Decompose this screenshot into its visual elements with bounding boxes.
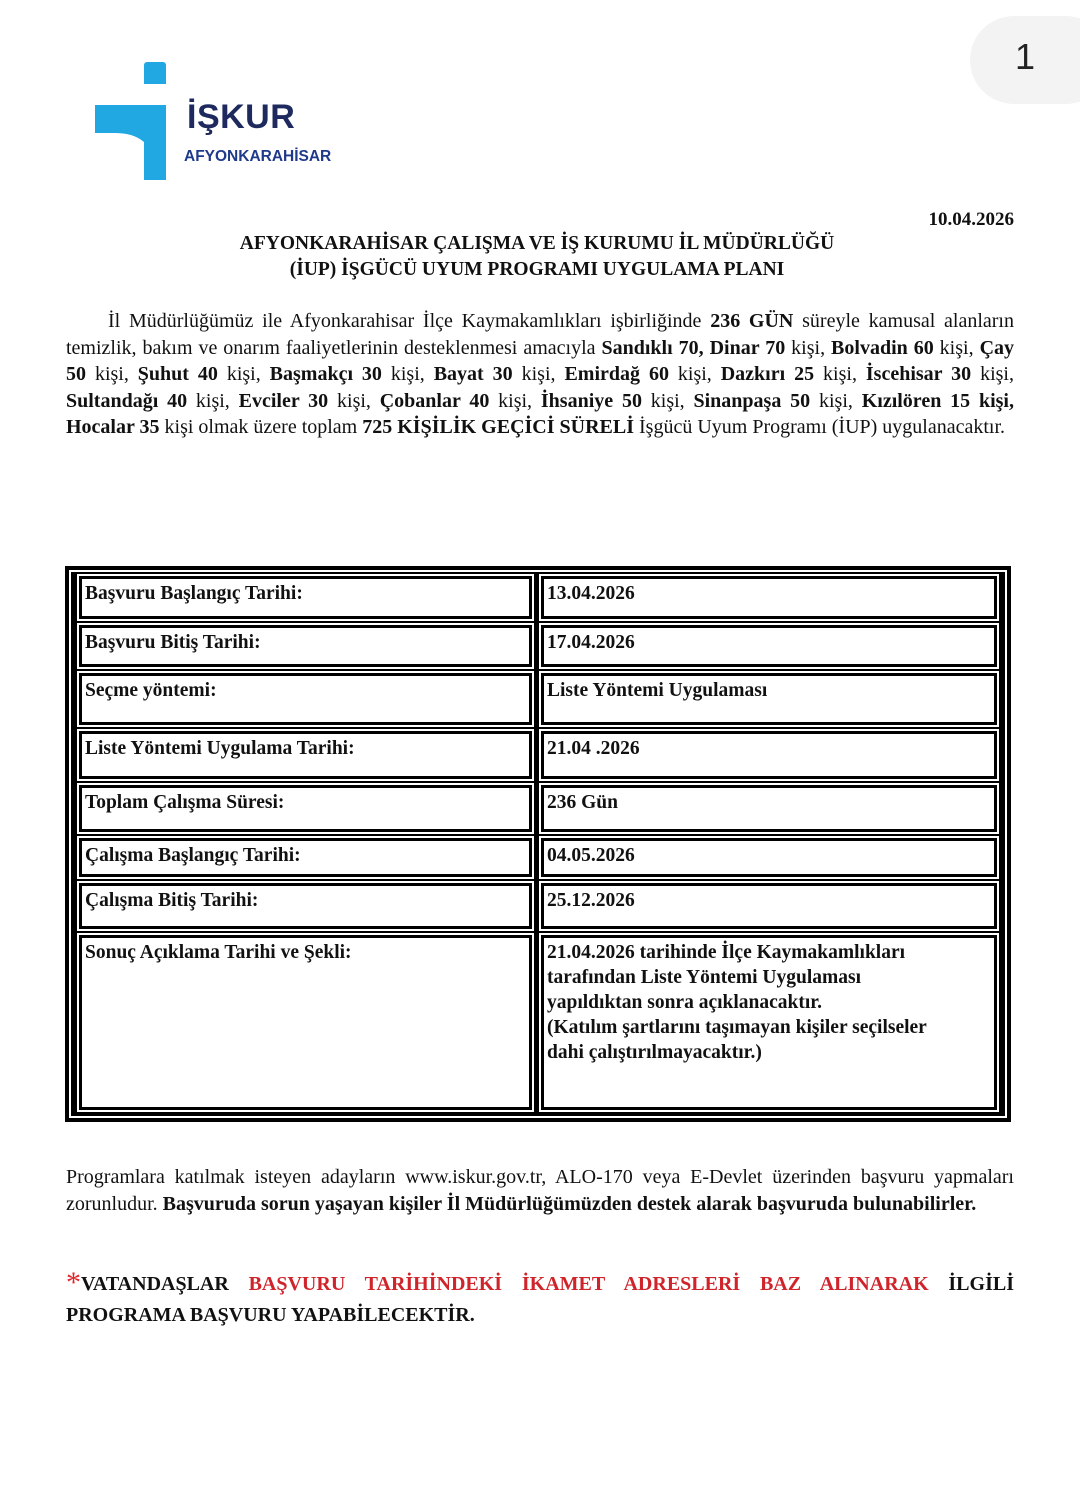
application-info-paragraph: Programlara katılmak isteyen adayların w… (66, 1164, 1014, 1218)
table-row-value: 13.04.2026 (541, 576, 997, 619)
table-row-value: 25.12.2026 (541, 883, 997, 929)
notice-text-highlight: BAŞVURU TARİHİNDEKİ İKAMET ADRESLERİ BAZ… (249, 1273, 929, 1295)
intro-run: kişi, (642, 390, 694, 412)
logo-city: AFYONKARAHİSAR (184, 148, 331, 166)
document-title-line2: (İUP) İŞGÜCÜ UYUM PROGRAMI UYGULAMA PLAN… (0, 259, 1077, 281)
intro-run: İscehisar 30 (866, 363, 971, 385)
intro-run: Emirdağ 60 (564, 363, 669, 385)
intro-run: İhsaniye 50 (541, 390, 642, 412)
logo-brand: İŞKUR (187, 98, 295, 137)
table-row-label: Çalışma Başlangıç Tarihi: (79, 838, 532, 877)
intro-run: kişi olmak üzere toplam (160, 416, 363, 438)
intro-run: kişi, (971, 363, 1014, 385)
table-row-label: Başvuru Bitiş Tarihi: (79, 625, 532, 667)
table-row-value: 21.04.2026 tarihinde İlçe Kaymakamlıklar… (541, 935, 997, 1110)
table-row-value: 17.04.2026 (541, 625, 997, 667)
intro-run: kişi, (489, 390, 541, 412)
table-row-label: Çalışma Bitiş Tarihi: (79, 883, 532, 929)
intro-run: Sultandağı 40 (66, 390, 187, 412)
page-number: 1 (1015, 36, 1035, 78)
intro-run: kişi, (814, 363, 866, 385)
table-row-value: 04.05.2026 (541, 838, 997, 877)
intro-run: İşgücü Uyum Programı (İUP) uygulanacaktı… (634, 416, 1005, 438)
document-title-line1: AFYONKARAHİSAR ÇALIŞMA VE İŞ KURUMU İL M… (0, 233, 1077, 255)
application-support-text: Başvuruda sorun yaşayan kişiler İl Müdür… (163, 1193, 977, 1215)
intro-run: Evciler 30 (239, 390, 329, 412)
intro-run: kişi, (513, 363, 565, 385)
residence-notice: *VATANDAŞLAR BAŞVURU TARİHİNDEKİ İKAMET … (66, 1265, 1014, 1331)
intro-run: İl Müdürlüğümüz ile Afyonkarahisar İlçe … (108, 310, 710, 332)
logo-mark-icon (95, 105, 166, 180)
table-row-value: 236 Gün (541, 785, 997, 832)
intro-run: Bayat 30 (434, 363, 513, 385)
intro-run: kişi, (328, 390, 380, 412)
intro-run: Sinanpaşa 50 (694, 390, 811, 412)
table-row-label: Seçme yöntemi: (79, 673, 532, 725)
table-row-label: Sonuç Açıklama Tarihi ve Şekli: (79, 935, 532, 1110)
intro-run: 236 GÜN (710, 310, 793, 332)
intro-run: kişi, (785, 337, 831, 359)
intro-run: Şuhut 40 (138, 363, 218, 385)
intro-run: kişi, (934, 337, 980, 359)
intro-paragraph: İl Müdürlüğümüz ile Afyonkarahisar İlçe … (66, 308, 1014, 441)
intro-run: Çobanlar 40 (380, 390, 490, 412)
intro-run: Sandıklı 70, Dinar 70 (601, 337, 785, 359)
intro-run: 725 KİŞİLİK GEÇİCİ SÜRELİ (362, 416, 634, 438)
table-row-label: Başvuru Başlangıç Tarihi: (79, 576, 532, 619)
asterisk-icon: * (66, 1266, 81, 1299)
intro-run: kişi, (86, 363, 138, 385)
intro-run: kişi, (187, 390, 239, 412)
notice-text-1: VATANDAŞLAR (81, 1273, 249, 1295)
document-date: 10.04.2026 (929, 209, 1015, 231)
iskur-logo: İŞKUR AFYONKARAHİSAR (95, 60, 355, 185)
table-row-label: Liste Yöntemi Uygulama Tarihi: (79, 731, 532, 779)
table-row-label: Toplam Çalışma Süresi: (79, 785, 532, 832)
page-number-badge: 1 (970, 16, 1080, 104)
intro-run: Bolvadin 60 (831, 337, 934, 359)
logo-mark-top (144, 62, 166, 84)
intro-run: kişi, (218, 363, 270, 385)
intro-run: kişi, (810, 390, 862, 412)
intro-run: Başmakçı 30 (270, 363, 382, 385)
table-row-value: 21.04 .2026 (541, 731, 997, 779)
intro-run: Dazkırı 25 (721, 363, 814, 385)
table-row-value: Liste Yöntemi Uygulaması (541, 673, 997, 725)
intro-run: kişi, (382, 363, 434, 385)
program-details-table: Başvuru Başlangıç Tarihi:13.04.2026Başvu… (65, 566, 1011, 1122)
intro-run: kişi, (669, 363, 721, 385)
